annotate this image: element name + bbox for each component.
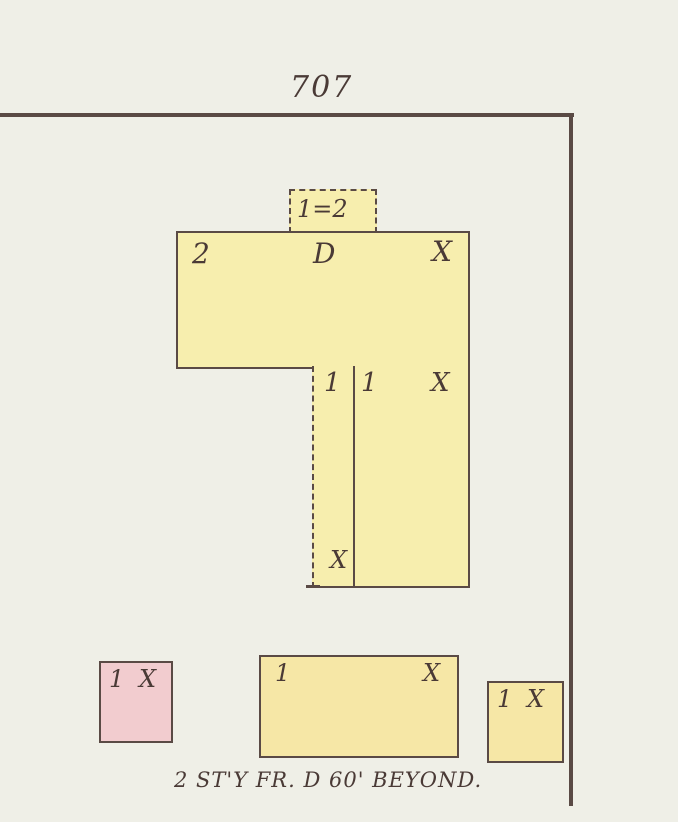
block-right-boundary xyxy=(569,113,573,806)
outbuilding-1-stories: 1 xyxy=(109,665,124,693)
rear-left-stories: 1 xyxy=(324,368,341,398)
rear-right-stories: 1 xyxy=(361,368,378,398)
outbuilding-2-mark: X xyxy=(423,659,440,687)
block-top-boundary xyxy=(0,113,574,117)
porch-label: 1=2 xyxy=(297,195,348,223)
corner-tick xyxy=(306,585,320,588)
porch: 1=2 xyxy=(289,189,377,233)
wall-gap xyxy=(378,366,418,370)
main-stories: 2 xyxy=(192,237,210,270)
outbuilding-small: 1 X xyxy=(487,681,564,763)
outbuilding-3-mark: X xyxy=(527,685,544,713)
rear-left-mark: X xyxy=(330,546,347,574)
outbuilding-pink: 1 X xyxy=(99,661,173,743)
outbuilding-2-stories: 1 xyxy=(275,659,290,687)
outbuilding-large: 1 X xyxy=(259,655,459,758)
outbuilding-3-stories: 1 xyxy=(497,685,512,713)
outbuilding-1-mark: X xyxy=(139,665,156,693)
map-note: 2 ST'Y FR. D 60' BEYOND. xyxy=(174,768,482,792)
main-mark: X xyxy=(432,235,452,268)
main-building: 2 D X xyxy=(176,231,470,369)
rear-right-mark: X xyxy=(431,368,450,398)
rear-right-addition: 1 X xyxy=(353,366,470,588)
rear-left-addition: 1 X xyxy=(312,366,356,588)
main-type-code: D xyxy=(313,237,335,270)
block-number: 707 xyxy=(290,70,353,105)
